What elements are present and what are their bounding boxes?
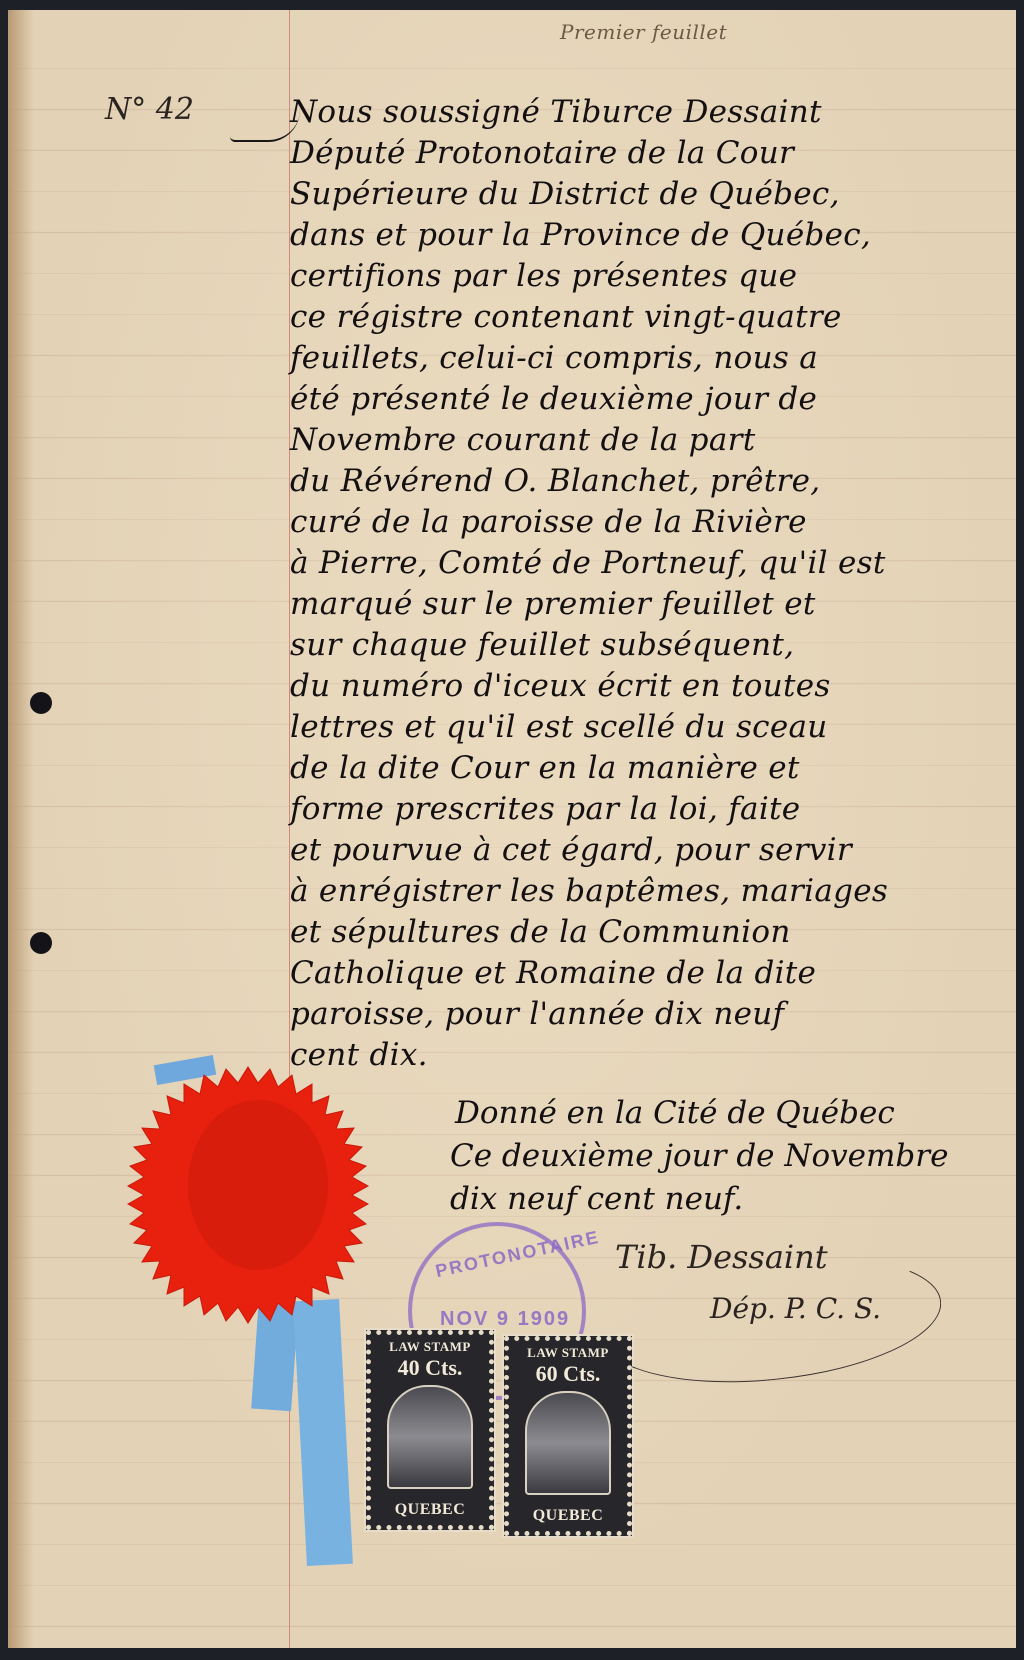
edge-stain — [8, 10, 34, 1648]
stamp-value: 40 Cts. — [371, 1355, 489, 1381]
punch-hole — [30, 932, 52, 954]
document-number: N° 42 — [105, 92, 194, 127]
body-line: cent dix. — [290, 1035, 1010, 1076]
body-line: été présenté le deuxième jour de — [290, 379, 1010, 420]
body-line: et pourvue à cet égard, pour servir — [290, 830, 1010, 871]
law-stamp-40: LAW STAMP 40 Cts. QUEBEC — [366, 1330, 494, 1530]
closing-line: dix neuf cent neuf. — [450, 1178, 948, 1221]
body-line: ce régistre contenant vingt-quatre — [290, 297, 1010, 338]
signature-title: Dép. P. C. S. — [710, 1292, 881, 1325]
body-line: du numéro d'iceux écrit en toutes — [290, 666, 1010, 707]
body-line: Nous soussigné Tiburce Dessaint — [290, 92, 1010, 133]
red-seal-icon — [118, 1065, 378, 1325]
closing-block: Donné en la Cité de Québec Ce deuxième j… — [455, 1092, 948, 1221]
body-line: Supérieure du District de Québec, — [290, 174, 1010, 215]
body-line: lettres et qu'il est scellé du sceau — [290, 707, 1010, 748]
body-line: curé de la paroisse de la Rivière — [290, 502, 1010, 543]
body-line: à Pierre, Comté de Portneuf, qu'il est — [290, 543, 1010, 584]
stamp-province: QUEBEC — [509, 1507, 627, 1525]
closing-line: Ce deuxième jour de Novembre — [450, 1135, 948, 1178]
justice-figure-icon — [525, 1391, 611, 1495]
header-note: Premier feuillet — [560, 20, 727, 44]
body-line: dans et pour la Province de Québec, — [290, 215, 1010, 256]
body-line: forme prescrites par la loi, faite — [290, 789, 1010, 830]
body-line: Catholique et Romaine de la dite — [290, 953, 1010, 994]
body-line: sur chaque feuillet subséquent, — [290, 625, 1010, 666]
closing-line: Donné en la Cité de Québec — [455, 1092, 948, 1135]
body-line: marqué sur le premier feuillet et — [290, 584, 1010, 625]
body-line: à enrégistrer les baptêmes, mariages — [290, 871, 1010, 912]
stamp-label: LAW STAMP — [375, 1339, 485, 1355]
signature: Tib. Dessaint — [615, 1238, 828, 1276]
postmark-date: NOV 9 1909 — [440, 1308, 570, 1331]
body-line: Député Protonotaire de la Cour — [290, 133, 1010, 174]
body-line: du Révérend O. Blanchet, prêtre, — [290, 461, 1010, 502]
body-line: feuillets, celui-ci compris, nous a — [290, 338, 1010, 379]
body-line: Novembre courant de la part — [290, 420, 1010, 461]
certificate-body: Nous soussigné Tiburce Dessaint Député P… — [290, 92, 1010, 1076]
stamp-province: QUEBEC — [371, 1501, 489, 1519]
stamp-value: 60 Cts. — [509, 1361, 627, 1387]
body-line: certifions par les présentes que — [290, 256, 1010, 297]
justice-figure-icon — [387, 1385, 473, 1489]
body-line: paroisse, pour l'année dix neuf — [290, 994, 1010, 1035]
body-line: de la dite Cour en la manière et — [290, 748, 1010, 789]
body-line: et sépultures de la Communion — [290, 912, 1010, 953]
law-stamp-60: LAW STAMP 60 Cts. QUEBEC — [504, 1336, 632, 1536]
punch-hole — [30, 692, 52, 714]
